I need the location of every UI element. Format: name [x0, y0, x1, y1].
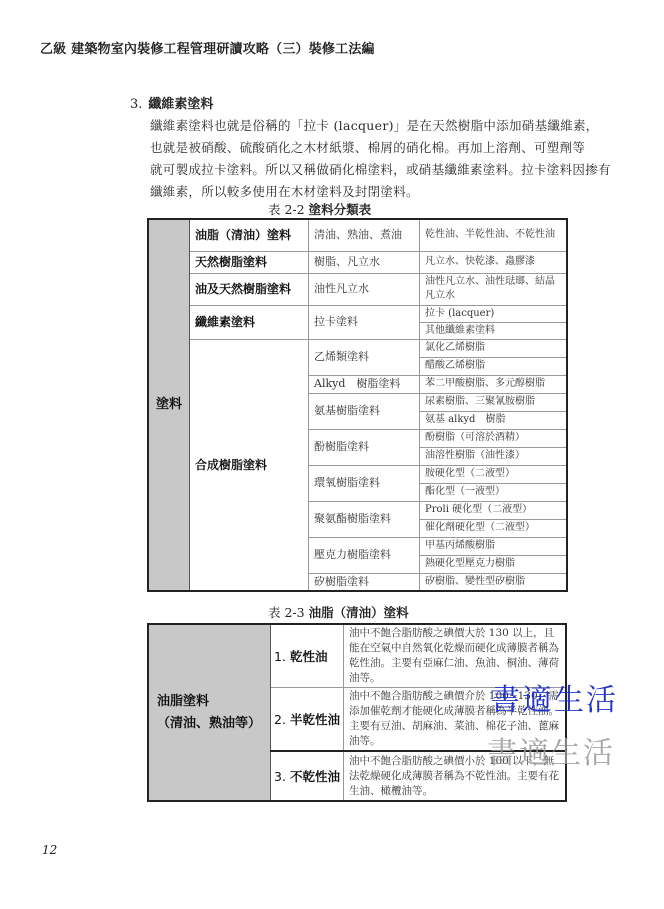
detail-cell: 氨基 alkyd 樹脂 [420, 411, 568, 429]
subtype-cell: 拉卡塗料 [309, 305, 420, 339]
table-root-cell: 塗料 [148, 219, 190, 591]
subtype-cell: 清油、熟油、煮油 [309, 219, 420, 251]
subtype-cell: Alkyd 樹脂塗料 [309, 375, 420, 393]
subtype-cell: 油性凡立水 [309, 273, 420, 305]
detail-cell: 氯化乙烯樹脂 [420, 339, 568, 357]
subtype-cell: 壓克力樹脂塗料 [309, 537, 420, 573]
subtype-cell: 環氧樹脂塗料 [309, 465, 420, 501]
section-title: 纖維素塗料 [148, 97, 213, 112]
page-number: 12 [42, 843, 57, 857]
caption-number: 表 2-2 [268, 202, 305, 217]
caption-title: 塗料分類表 [309, 202, 372, 217]
detail-cell: 酚樹脂（可溶於酒精） [420, 429, 568, 447]
detail-cell: 醋酸乙烯樹脂 [420, 357, 568, 375]
subtype-cell: 酚樹脂塗料 [309, 429, 420, 465]
detail-cell: 酯化型（一液型） [420, 483, 568, 501]
detail-cell: 矽樹脂、變性型矽樹脂 [420, 573, 568, 591]
category-cell: 合成樹脂塗料 [190, 339, 309, 591]
section-number: 3. [130, 97, 142, 112]
detail-cell: 催化劑硬化型（二液型） [420, 519, 568, 537]
subtype-cell: 乙烯類塗料 [309, 339, 420, 375]
oil-type-label: 不乾性油 [290, 769, 340, 784]
section-paragraph: 纖維素塗料也就是俗稱的「拉卡 (lacquer)」是在天然樹脂中添加硝基纖維素，… [150, 115, 590, 203]
detail-cell: Proli 硬化型（二液型） [420, 501, 568, 519]
detail-cell: 甲基丙烯酸樹脂 [420, 537, 568, 555]
oil-type-cell: 2.半乾性油 [271, 688, 344, 752]
detail-cell: 凡立水、快乾漆、蟲膠漆 [420, 251, 568, 273]
category-cell: 油脂（清油）塗料 [190, 219, 309, 251]
subtype-cell: 聚氨酯樹脂塗料 [309, 501, 420, 537]
category-cell: 纖維素塗料 [190, 305, 309, 339]
running-header: 乙級 建築物室內裝修工程管理研讀攻略（三）裝修工法編 [40, 38, 375, 57]
detail-cell: 其他纖維素塗料 [420, 322, 568, 339]
watermark-grey: 書適生活 [487, 728, 615, 772]
caption-number: 表 2-3 [268, 605, 305, 620]
watermark-blue: 書適生活 [490, 675, 618, 719]
paragraph-line: 纖維素塗料也就是俗稱的「拉卡 (lacquer)」是在天然樹脂中添加硝基纖維素， [150, 115, 590, 137]
oil-type-cell: 3.不乾性油 [271, 751, 344, 801]
paragraph-line: 就可製成拉卡塗料。所以又稱做硝化棉塗料，或硝基纖維素塗料。拉卡塗料因掺有 [150, 159, 590, 181]
oil-type-number: 3. [274, 769, 286, 784]
oil-type-label: 乾性油 [290, 649, 328, 664]
detail-cell: 油溶性樹脂（油性漆） [420, 447, 568, 465]
caption-title: 油脂（清油）塗料 [309, 605, 409, 620]
detail-cell: 熱硬化型壓克力樹脂 [420, 555, 568, 573]
subtype-cell: 樹脂、凡立水 [309, 251, 420, 273]
detail-cell: 拉卡 (lacquer) [420, 305, 568, 322]
root-line-1: 油脂塗料 [157, 691, 265, 713]
table-2-3-caption: 表 2-3油脂（清油）塗料 [268, 603, 409, 621]
subtype-cell: 氨基樹脂塗料 [309, 393, 420, 429]
category-cell: 油及天然樹脂塗料 [190, 273, 309, 305]
oil-type-cell: 1.乾性油 [271, 624, 344, 688]
oil-type-number: 1. [274, 649, 286, 664]
root-line-2: （清油、熟油等） [157, 713, 265, 735]
category-cell: 天然樹脂塗料 [190, 251, 309, 273]
subtype-cell: 矽樹脂塗料 [309, 573, 420, 591]
table-root-cell: 油脂塗料 （清油、熟油等） [148, 624, 271, 801]
table-2-2-caption: 表 2-2塗料分類表 [268, 200, 371, 218]
paint-classification-table: 塗料 油脂（清油）塗料 清油、熟油、煮油 乾性油、半乾性油、不乾性油 天然樹脂塗… [147, 218, 568, 592]
oil-type-label: 半乾性油 [290, 712, 340, 727]
detail-cell: 胺硬化型（二液型） [420, 465, 568, 483]
oil-type-number: 2. [274, 712, 286, 727]
detail-cell: 乾性油、半乾性油、不乾性油 [420, 219, 568, 251]
detail-cell: 苯二甲酸樹脂、多元醇樹脂 [420, 375, 568, 393]
detail-cell: 尿素樹脂、三聚氰胺樹脂 [420, 393, 568, 411]
section-heading: 3.纖維素塗料 [130, 93, 213, 112]
paragraph-line: 也就是被硝酸、硫酸硝化之木材紙漿、棉屑的硝化棉。再加上溶劑、可塑劑等 [150, 137, 590, 159]
detail-cell: 油性凡立水、油性琺瑯、結晶凡立水 [420, 273, 568, 305]
